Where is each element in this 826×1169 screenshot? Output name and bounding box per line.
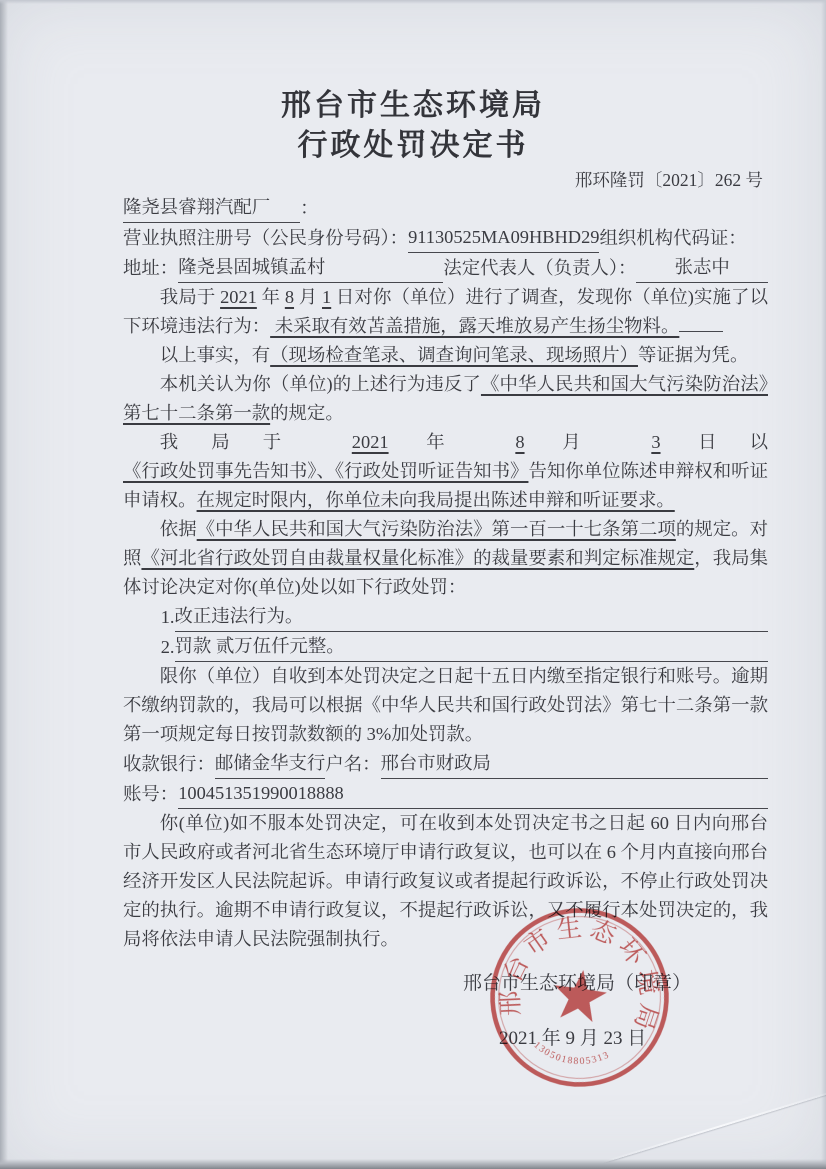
paper-edge-bottom: [0, 1159, 826, 1169]
text-segment: 营业执照注册号（公民身份号码）：: [123, 224, 408, 253]
underlined-text: 在规定时限内，你单位未向我局提出陈述申辩和听证要求。: [197, 490, 675, 510]
document-body: 隆尧县睿翔汽配厂：营业执照注册号（公民身份号码）：91130525MA09HBH…: [123, 193, 768, 954]
underlined-text: 改正违法行为。: [175, 602, 304, 632]
fill-underline: [679, 327, 723, 332]
text-segment: 月: [525, 432, 652, 452]
text-segment: 依据: [160, 519, 197, 539]
basis-paragraph: 依据《中华人民共和国大气污染防治法》第一百一十七条第二项的规定。对照《河北省行政…: [123, 515, 768, 602]
fill-underline: 张志中: [636, 253, 768, 283]
underlined-text: 8: [285, 287, 294, 307]
doc-type-title: 行政处罚决定书: [0, 126, 826, 166]
seal-serial: 1305018805313: [530, 1039, 613, 1072]
paper-edge-right: [821, 0, 826, 1169]
underlined-text: 隆尧县固城镇孟村: [178, 253, 325, 283]
text-segment: 的规定。: [270, 403, 344, 423]
violation-paragraph: 本机关认为你（单位)的上述行为违反了《中华人民共和国大气污染防治法》第七十二条第…: [123, 370, 768, 428]
text-segment: 2.: [161, 633, 175, 662]
text-segment: 限你（单位）自收到本处罚决定之日起十五日内缴至指定银行和账号。逾期不缴纳罚款的，…: [123, 666, 768, 744]
text-segment: 法定代表人（负责人）：: [443, 254, 636, 283]
text-segment: 以上事实，有: [160, 345, 270, 365]
account-line: 账号：100451351990018888: [123, 779, 768, 809]
bank-line: 收款银行：邮储金华支行户名：邢台市财政局: [123, 749, 768, 779]
text-segment: 账号：: [123, 780, 178, 809]
text-segment: 收款银行：: [123, 750, 215, 779]
underlined-text: 邢台市财政局: [381, 749, 491, 779]
penalty-item-2: 2.罚款 贰万伍仟元整。: [123, 632, 768, 662]
paper-edge-left: [0, 0, 8, 1169]
text-segment: 月: [294, 287, 322, 307]
notification-paragraph: 我局于 2021 年 8 月 3 日以《行政处罚事先告知书》、《行政处罚听证告知…: [123, 428, 768, 515]
document-header: 邢台市生态环境局 行政处罚决定书: [0, 86, 826, 166]
license-line: 营业执照注册号（公民身份号码）：91130525MA09HBHD29组织机构代码…: [123, 223, 768, 253]
svg-text:1305018805313: 1305018805313: [530, 1039, 613, 1072]
investigation-paragraph: 我局于 2021 年 8 月 1 日对你（单位）进行了调查，发现你（单位)实施了…: [123, 283, 768, 341]
payment-deadline-paragraph: 限你（单位）自收到本处罚决定之日起十五日内缴至指定银行和账号。逾期不缴纳罚款的，…: [123, 662, 768, 749]
official-seal: 邢台市生态环境局 1305018805313: [475, 893, 684, 1102]
underlined-text: 罚款 贰万伍仟元整。: [175, 632, 345, 662]
text-segment: 等证据为凭。: [638, 345, 748, 365]
text-segment: 我局于: [160, 287, 220, 307]
underlined-text: 8: [515, 432, 524, 452]
underlined-text: 1: [322, 287, 331, 307]
evidence-paragraph: 以上事实，有（现场检查笔录、调查询问笔录、现场照片）等证据为凭。: [123, 341, 768, 370]
text-segment: 地址：: [123, 254, 178, 283]
scanned-document-page: 邢台市生态环境局 行政处罚决定书 邢环隆罚〔2021〕262 号 隆尧县睿翔汽配…: [0, 0, 826, 1169]
address-line: 地址：隆尧县固城镇孟村法定代表人（负责人）：张志中: [123, 253, 768, 283]
underlined-text: 2021: [352, 432, 389, 452]
underlined-text: 《行政处罚事先告知书》、《行政处罚听证告知书》: [123, 461, 528, 481]
text-segment: 日以: [661, 432, 769, 452]
paper-edge-top: [0, 0, 826, 4]
underlined-text: （现场检查笔录、调查询问笔录、现场照片）: [270, 345, 638, 365]
doc-number: 邢环隆罚〔2021〕262 号: [575, 167, 763, 193]
fill-underline: [491, 778, 768, 779]
underlined-text: 3: [651, 432, 660, 452]
issuing-org-title: 邢台市生态环境局: [0, 86, 826, 126]
fill-underline: [270, 222, 300, 223]
text-segment: 年: [389, 432, 516, 452]
underlined-text: 隆尧县睿翔汽配厂: [123, 193, 270, 223]
underlined-text: 91130525MA09HBHD29: [408, 223, 599, 253]
underlined-text: 2021: [220, 287, 257, 307]
text-segment: 组织机构代码证：: [599, 224, 746, 253]
fill-underline: [303, 631, 768, 632]
seal-star: [550, 966, 609, 1023]
underlined-text: 未采取有效苫盖措施，露天堆放易产生扬尘物料。: [270, 316, 679, 336]
underlined-text: 《河北省行政处罚自由裁量权量化标准》的裁量要素和判定标准规定: [141, 548, 694, 568]
text-segment: 户名：: [325, 750, 380, 779]
penalty-item-1: 1.改正违法行为。: [123, 602, 768, 632]
underlined-text: 《中华人民共和国大气污染防治法》第一百一十七条第二项: [197, 519, 676, 539]
text-segment: ：: [300, 194, 318, 223]
recipient-line: 隆尧县睿翔汽配厂：: [123, 193, 768, 223]
underlined-text: 邮储金华支行: [215, 749, 325, 779]
underlined-text: 100451351990018888: [178, 779, 344, 809]
text-segment: 年: [257, 287, 285, 307]
text-segment: 1.: [161, 603, 175, 632]
text-segment: 本机关认为你（单位)的上述行为违反了: [160, 374, 481, 394]
text-segment: 我局于: [160, 432, 352, 452]
